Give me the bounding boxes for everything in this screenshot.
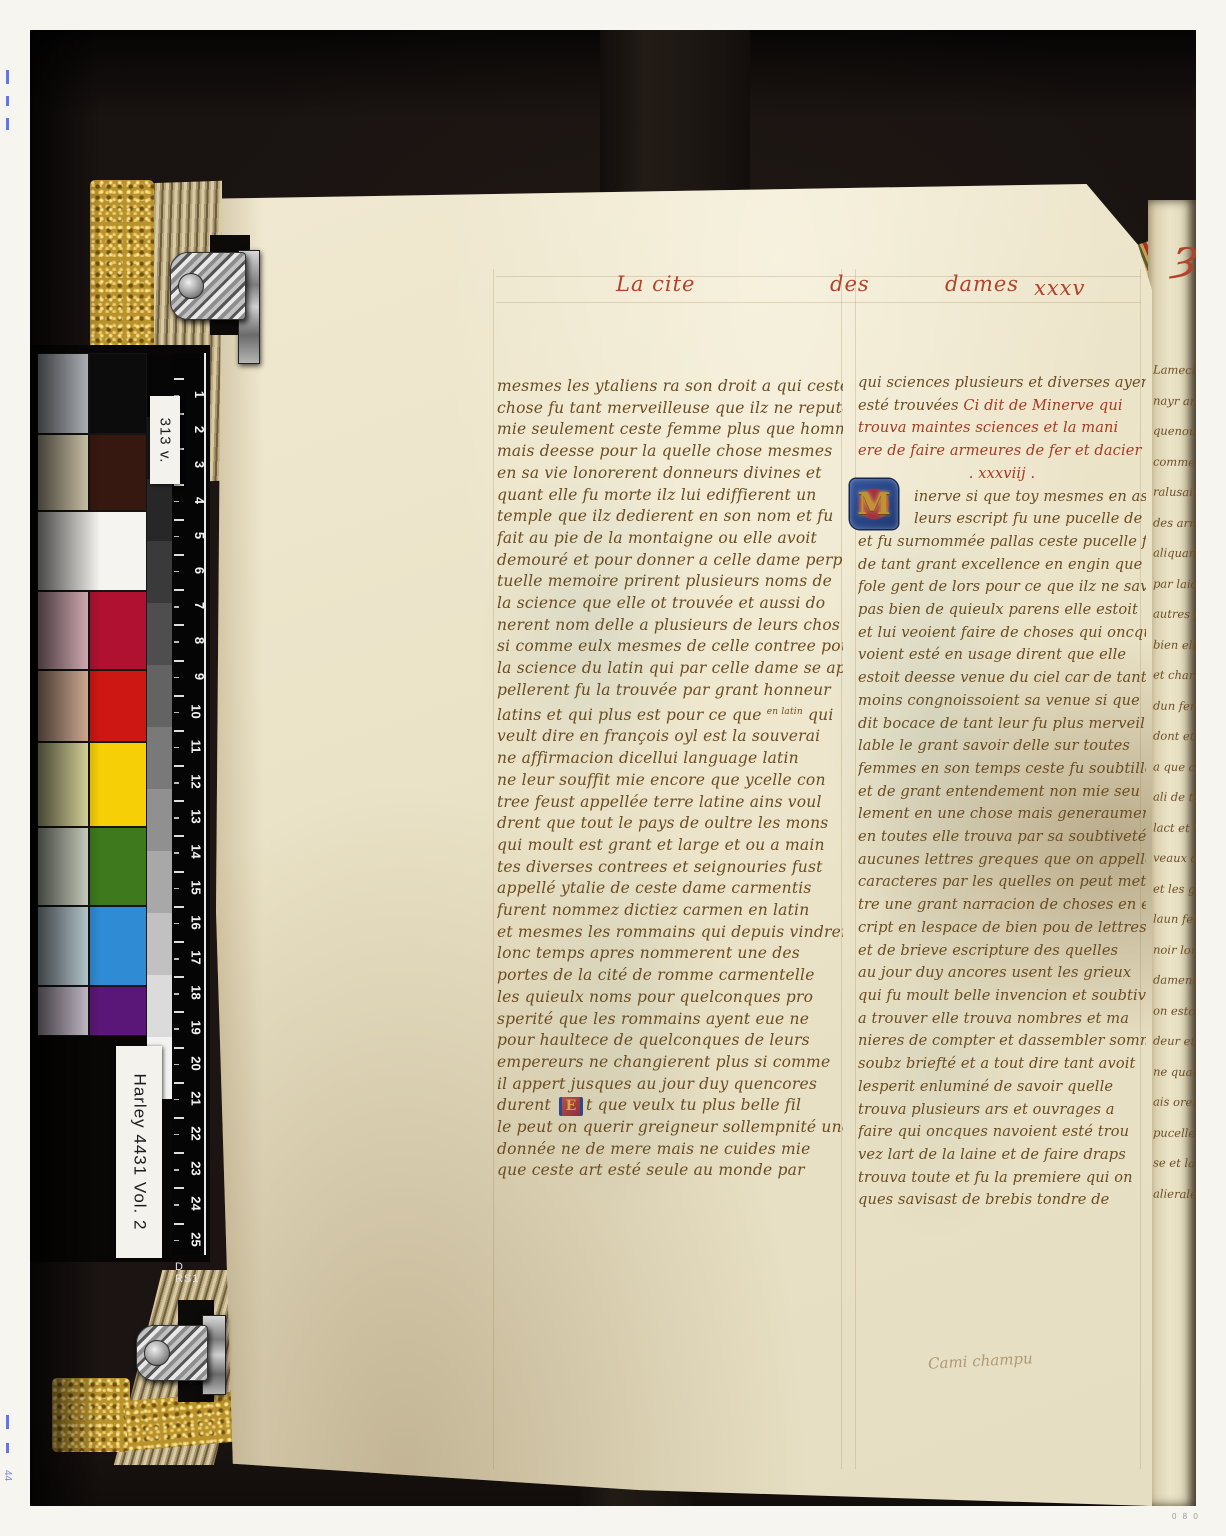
text-run: ne leur souffit mie encore que ycelle co… — [497, 771, 826, 789]
running-header-folio-number: xxxv — [1034, 276, 1085, 300]
page-clip-bottom — [136, 1325, 208, 1381]
manuscript-page: La cite des dames xxxv mesmes les ytalie… — [216, 184, 1152, 1506]
ruling-line — [496, 302, 1141, 303]
text-line: qui moult est grant et large et ou a mai… — [497, 835, 843, 857]
text-line: portes de la cité de romme carmentelle — [497, 965, 843, 987]
ruler-number-text: 25 — [188, 1232, 203, 1246]
color-patch-row — [37, 742, 147, 827]
text-run: trouva maintes sciences et la mani — [858, 419, 1118, 436]
text-line: dit bocace de tant leur fu plus merveil — [858, 713, 1146, 736]
text-line: caracteres par les quelles on peut met — [858, 871, 1146, 894]
ruler-number-text: 8 — [192, 637, 207, 644]
text-line: lonc temps apres nommerent une des — [497, 943, 843, 965]
frame-corner-marks: 0 8 0 — [1172, 1512, 1200, 1521]
text-line: fole gent de lors pour ce que ilz ne sav… — [858, 576, 1146, 599]
ruler-number-text: 13 — [188, 810, 203, 824]
text-line: vez lart de la laine et de faire draps — [858, 1144, 1146, 1167]
text-line: tes diverses contrees et seignouries fus… — [497, 857, 843, 879]
text-line: de tant grant excellence en engin que la — [858, 554, 1146, 577]
text-line: estoit deesse venue du ciel car de tant … — [858, 667, 1146, 690]
film-edge-mark — [6, 1415, 9, 1429]
text-line: appellé ytalie de ceste dame carmentis — [497, 878, 843, 900]
text-run: fait au pie de la montaigne ou elle avoi… — [497, 529, 817, 547]
ruler-number-text: 18 — [188, 985, 203, 999]
text-run: vez lart de la laine et de faire draps — [858, 1146, 1126, 1163]
color-patch — [89, 742, 147, 827]
text-run: en toutes elle trouva par sa soubtiveté — [858, 828, 1146, 845]
text-line: trouva maintes sciences et la mani — [858, 417, 1146, 440]
text-run: estoit deesse venue du ciel car de tant … — [858, 669, 1146, 686]
text-run: mais deesse pour la quelle chose mesmes — [497, 442, 832, 460]
text-run: la science que elle ot trouvée et aussi … — [497, 594, 825, 612]
color-patch-row — [37, 670, 147, 742]
facing-text-fragment: et charettes a p — [1153, 659, 1196, 691]
gray-step — [147, 789, 172, 851]
text-line: lesperit enluminé de savoir quelle — [858, 1076, 1146, 1099]
text-run: la science du latin qui par celle dame s… — [497, 659, 843, 677]
text-line: latins et qui plus est pour ce que en la… — [497, 702, 843, 727]
film-edge-mark — [6, 70, 9, 84]
text-line: aucunes lettres greques que on appelle — [858, 849, 1146, 872]
color-patch — [89, 591, 147, 670]
text-line: tre une grant narracion de choses en es — [858, 894, 1146, 917]
text-run: pas bien de quieulx parens elle estoit — [858, 601, 1138, 618]
ruler-number-text: 1 — [192, 391, 207, 398]
text-run: moins congnoissoient sa venue si que — [858, 692, 1140, 709]
text-run: demouré et pour donner a celle dame perp… — [497, 551, 843, 569]
text-run: lonc temps apres nommerent une des — [497, 944, 800, 962]
ruler-number: 25 — [172, 1224, 204, 1259]
text-line: et de grant entendement non mie seu — [858, 781, 1146, 804]
text-run: ere de faire armeures de fer et dacier — [858, 442, 1142, 459]
ruler-number: 19 — [172, 1012, 204, 1047]
text-line: trouva toute et fu la premiere qui on — [858, 1167, 1146, 1190]
text-line: lable le grant savoir delle sur toutes — [858, 735, 1146, 758]
text-run: faire qui oncques navoient esté trou — [858, 1123, 1129, 1140]
facing-text-fragment: lact et la mamere — [1153, 812, 1196, 844]
facing-text-fragment: ne quant — [1153, 1056, 1196, 1088]
ruler-number-text: 12 — [188, 774, 203, 788]
text-line: trouva plusieurs ars et ouvrages a — [858, 1099, 1146, 1122]
text-line: furent nommez dictiez carmen en latin — [497, 900, 843, 922]
color-patch — [89, 986, 147, 1036]
text-line: tree feust appellée terre latine ains vo… — [497, 792, 843, 814]
text-line: et lui veoient faire de choses qui oncqu… — [858, 622, 1146, 645]
text-line: la science que elle ot trouvée et aussi … — [497, 593, 843, 615]
text-run: pour haultece de quelconques de leurs — [497, 1031, 810, 1049]
ruler-number-text: 24 — [188, 1197, 203, 1211]
facing-text-fragment: et les gens da — [1153, 873, 1196, 905]
text-run: le peut on querir greigneur sollempnité … — [497, 1118, 843, 1136]
color-patch — [37, 986, 89, 1036]
ruling-line — [493, 269, 494, 1469]
text-line: durent Et que veulx tu plus belle fil — [497, 1095, 843, 1117]
color-patch — [37, 591, 89, 670]
text-run: leurs escript fu une pucelle de grece — [914, 510, 1146, 527]
text-run: dit bocace de tant leur fu plus merveil — [858, 715, 1145, 732]
film-edge-number: 44 — [2, 1470, 13, 1481]
running-header-left: La cite — [616, 272, 696, 296]
ruler-number: 12 — [172, 766, 204, 801]
text-line: en toutes elle trouva par sa soubtiveté — [858, 826, 1146, 849]
ruler-number: 6 — [172, 555, 204, 590]
text-column-left: mesmes les ytaliens ra son droit a qui c… — [497, 376, 843, 1182]
text-run: en sa vie lonorerent donneurs divines et — [497, 464, 822, 482]
text-run: ques savisast de brebis tondre de — [858, 1191, 1109, 1208]
facing-text-fragment: pucelle — [1153, 1117, 1196, 1149]
ruler-number: 9 — [172, 661, 204, 696]
text-run: et de grant entendement non mie seu — [858, 783, 1140, 800]
ruler-number: 15 — [172, 872, 204, 907]
text-line: ere de faire armeures de fer et dacier — [858, 440, 1146, 463]
folio-number-label: 313 v. — [150, 396, 180, 484]
text-run: a trouver elle trouva nombres et ma — [858, 1010, 1129, 1027]
text-line: moins congnoissoient sa venue si que — [858, 690, 1146, 713]
text-run: ne affirmacion dicellui language latin — [497, 749, 799, 767]
ruler-number: 5 — [172, 520, 204, 555]
text-run: lesperit enluminé de savoir quelle — [858, 1078, 1113, 1095]
facing-text-fragment: deur et o — [1153, 1025, 1196, 1057]
text-run: fole gent de lors pour ce que ilz ne sav… — [858, 578, 1146, 595]
ruler-number: 21 — [172, 1083, 204, 1118]
gray-step — [147, 851, 172, 913]
color-patch-row — [37, 434, 147, 511]
text-line: qui sciences plusieurs et diverses ayent — [858, 372, 1146, 395]
facing-text-fragment: aliquant Ite — [1153, 537, 1196, 569]
text-line: mie seulement ceste femme plus que homme — [497, 419, 843, 441]
ruler-number: 24 — [172, 1188, 204, 1223]
text-line: qui fu moult belle invencion et soubtive — [858, 985, 1146, 1008]
color-patch — [37, 742, 89, 827]
text-line: et mesmes les rommains qui depuis vindre… — [497, 922, 843, 944]
text-run: drent que tout le pays de oultre les mon… — [497, 814, 828, 832]
text-run: et lui veoient faire de choses qui oncqu… — [858, 624, 1146, 641]
color-patch-row — [37, 353, 147, 434]
text-run: tuelle memoire prirent plusieurs noms de — [497, 572, 832, 590]
text-line: inerve si que toy mesmes en as ail — [858, 486, 1146, 509]
page-clip-top — [170, 252, 246, 320]
text-run: qui — [803, 706, 834, 724]
text-column-right: qui sciences plusieurs et diverses ayent… — [858, 372, 1146, 1212]
gray-step — [147, 913, 172, 975]
text-line: mesmes les ytaliens ra son droit a qui c… — [497, 376, 843, 398]
ruler-number-text: 21 — [188, 1091, 203, 1105]
facing-text-fragment: ali de tele chos — [1153, 781, 1196, 813]
text-line: faire qui oncques navoient esté trou — [858, 1121, 1146, 1144]
ruler-number: 20 — [172, 1048, 204, 1083]
text-line: veult dire en françois oyl est la souver… — [497, 726, 843, 748]
photograph-frame: 44 0 8 0 Lamechampu penayr amobrquenoull… — [0, 0, 1226, 1536]
color-patch-row — [37, 906, 147, 986]
text-run: si comme eulx mesmes de celle contree po… — [497, 637, 843, 655]
ruler-number-text: 9 — [192, 672, 207, 679]
color-patch — [37, 906, 89, 986]
text-line: au jour duy ancores usent les grieux — [858, 962, 1146, 985]
text-line: pas bien de quieulx parens elle estoit — [858, 599, 1146, 622]
facing-text-fragment: alieralen — [1153, 1178, 1196, 1210]
photo-area: Lamechampu penayr amobrquenoulle pucomme… — [30, 30, 1196, 1506]
text-run: lable le grant savoir delle sur toutes — [858, 737, 1130, 754]
book-cradle-strap-top — [600, 30, 750, 210]
text-line: ne leur souffit mie encore que ycelle co… — [497, 770, 843, 792]
red-penwork-flourish: ȝ — [1170, 227, 1196, 284]
text-line: empereurs ne changierent plus si comme — [497, 1052, 843, 1074]
ruler-number-text: 23 — [188, 1161, 203, 1175]
text-line: nieres de compter et dassembler sommes — [858, 1030, 1146, 1053]
text-run: sperité que les rommains ayent eue ne — [497, 1010, 809, 1028]
text-run: nerent nom delle a plusieurs de leurs ch… — [497, 616, 840, 634]
text-run: caracteres par les quelles on peut met — [858, 873, 1146, 890]
text-line: en sa vie lonorerent donneurs divines et — [497, 463, 843, 485]
facing-text-fragment: ais oren — [1153, 1086, 1196, 1118]
text-run: voient esté en usage dirent que elle — [858, 646, 1126, 663]
color-patch-row — [37, 986, 147, 1036]
ruler-number: 18 — [172, 977, 204, 1012]
text-run: veult dire en françois oyl est la souver… — [497, 727, 820, 745]
ruler-number-text: 15 — [188, 880, 203, 894]
ruler-number: 23 — [172, 1153, 204, 1188]
color-patch-row — [37, 511, 147, 591]
ruler-number-text: 3 — [192, 461, 207, 468]
color-patch-row — [37, 591, 147, 670]
text-line: chose fu tant merveilleuse que ilz ne re… — [497, 398, 843, 420]
text-run: quant elle fu morte ilz lui ediffierent … — [497, 486, 816, 504]
ruler-number: 4 — [172, 485, 204, 520]
text-line: demouré et pour donner a celle dame perp… — [497, 550, 843, 572]
text-run: t que veulx tu plus belle fil — [586, 1096, 801, 1114]
gray-step — [147, 603, 172, 665]
text-run: Ci dit de Minerve qui — [963, 397, 1122, 414]
text-run: latins et qui plus est pour ce que — [497, 706, 767, 724]
text-line: et de brieve escripture des quelles — [858, 940, 1146, 963]
text-line: quant elle fu morte ilz lui ediffierent … — [497, 485, 843, 507]
text-line: que ceste art esté seule au monde par — [497, 1160, 843, 1182]
text-run: tre une grant narracion de choses en es — [858, 896, 1146, 913]
ruler-number-text: 19 — [188, 1021, 203, 1035]
text-line: il appert jusques au jour duy quencores — [497, 1074, 843, 1096]
text-line: sperité que les rommains ayent eue ne — [497, 1009, 843, 1031]
facing-text-fragment: dont et qui plus — [1153, 720, 1196, 752]
text-run: pellerent fu la trouvée par grant honneu… — [497, 681, 831, 699]
color-patch — [37, 353, 89, 434]
ruler-numbers: 1234567891011121314151617181920212223242… — [172, 379, 204, 1259]
text-line: fait au pie de la montaigne ou elle avoi… — [497, 528, 843, 550]
ruler-number-text: 6 — [192, 567, 207, 574]
text-run: qui fu moult belle invencion et soubtive — [858, 987, 1146, 1004]
text-line: ne affirmacion dicellui language latin — [497, 748, 843, 770]
text-line: pellerent fu la trouvée par grant honneu… — [497, 680, 843, 702]
facing-text-fragment: se et lapp — [1153, 1147, 1196, 1179]
facing-text-fragment: nayr amobr — [1153, 385, 1196, 417]
color-patch — [89, 906, 147, 986]
ruler-number: 16 — [172, 907, 204, 942]
shelfmark-label: Harley 4431 Vol. 2 — [116, 1046, 162, 1258]
text-line: . xxxviij . — [858, 463, 1146, 486]
text-run: femmes en son temps ceste fu soubtille — [858, 760, 1146, 777]
text-line: les quieulx noms pour quelconques pro — [497, 987, 843, 1009]
text-run: cript en lespace de bien pou de lettres — [858, 919, 1146, 936]
color-patch — [37, 827, 89, 906]
color-patch — [89, 434, 147, 511]
text-line: voient esté en usage dirent que elle — [858, 644, 1146, 667]
facing-text-fragment: dun fer en accro — [1153, 690, 1196, 722]
ruler-number-text: 4 — [192, 496, 207, 503]
text-run: mesmes les ytaliens ra son droit a qui c… — [497, 377, 843, 395]
text-line: nerent nom delle a plusieurs de leurs ch… — [497, 615, 843, 637]
clip-screw — [178, 273, 204, 299]
ruler-number: 13 — [172, 801, 204, 836]
ruler-number: 8 — [172, 625, 204, 660]
text-run: de tant grant excellence en engin que la — [858, 556, 1146, 573]
illuminated-initial-M: M — [850, 479, 898, 529]
text-run: en latin — [767, 707, 803, 717]
text-line: soubz briefté et a tout dire tant avoit — [858, 1053, 1146, 1076]
gray-step — [147, 541, 172, 603]
facing-text-fragment: comment il fer — [1153, 446, 1196, 478]
text-run: E — [559, 1097, 583, 1116]
ruler-number-text: 14 — [188, 845, 203, 859]
facing-text-fragment: autres fois pr — [1153, 598, 1196, 630]
color-patch — [89, 670, 147, 742]
ruler-number-text: 5 — [192, 532, 207, 539]
clip-screw — [144, 1340, 170, 1366]
film-edge-mark — [6, 96, 9, 106]
illuminated-initial-letter: M — [855, 485, 893, 523]
text-run: portes de la cité de romme carmentelle — [497, 966, 815, 984]
text-run: au jour duy ancores usent les grieux — [858, 964, 1131, 981]
text-run: durent — [497, 1096, 556, 1114]
color-patch — [37, 670, 89, 742]
text-line: si comme eulx mesmes de celle contree po… — [497, 636, 843, 658]
ruler-number-text: 10 — [188, 704, 203, 718]
text-line: le peut on querir greigneur sollempnité … — [497, 1117, 843, 1139]
facing-text-fragment: a que cest homme — [1153, 751, 1196, 783]
text-run: et mesmes les rommains qui depuis vindre… — [497, 923, 843, 941]
text-line: cript en lespace de bien pou de lettres — [858, 917, 1146, 940]
film-edge-mark — [6, 118, 9, 130]
color-patch — [89, 353, 147, 434]
text-line: pour haultece de quelconques de leurs — [497, 1030, 843, 1052]
text-run: empereurs ne changierent plus si comme — [497, 1053, 830, 1071]
gray-step — [147, 727, 172, 789]
text-run: . xxxviij . — [969, 465, 1035, 482]
facing-page-text: Lamechampu penayr amobrquenoulle pucomme… — [1153, 355, 1196, 1209]
ruler-number: 10 — [172, 696, 204, 731]
running-header-mid: des — [830, 272, 870, 296]
text-run: il appert jusques au jour duy quencores — [497, 1075, 817, 1093]
text-run: tree feust appellée terre latine ains vo… — [497, 793, 822, 811]
facing-text-fragment: Lamechampu pe — [1153, 354, 1196, 386]
text-run: inerve si que toy mesmes en as ail — [914, 488, 1146, 505]
color-patch-row — [37, 827, 147, 906]
color-patch — [89, 827, 147, 906]
color-calibration-patches — [37, 353, 147, 1036]
ruler-number-text: 20 — [188, 1056, 203, 1070]
gilded-page-edges-bottom — [52, 1378, 130, 1452]
text-line: drent que tout le pays de oultre les mon… — [497, 813, 843, 835]
text-run: donnée ne de mere mais ne cuides mie — [497, 1140, 810, 1158]
gray-step — [147, 479, 172, 541]
ruler-number-text: 16 — [188, 915, 203, 929]
ruler-footer-label: D RS1 — [172, 1261, 204, 1285]
ruler-number-text: 22 — [188, 1126, 203, 1140]
text-line: temple que ilz dedierent en son nom et f… — [497, 506, 843, 528]
ruler-strip: 1234567891011121314151617181920212223242… — [172, 353, 206, 1255]
text-run: chose fu tant merveilleuse que ilz ne re… — [497, 399, 843, 417]
text-run: mie seulement ceste femme plus que homme — [497, 420, 843, 438]
ruler-number: 17 — [172, 942, 204, 977]
text-run: et de brieve escripture des quelles — [858, 942, 1118, 959]
ruler-number-text: 2 — [192, 426, 207, 433]
ruler-number-text: 11 — [189, 740, 204, 754]
text-run: nieres de compter et dassembler sommes — [858, 1032, 1146, 1049]
text-line: lement en une chose mais generaument — [858, 803, 1146, 826]
facing-text-fragment: des armes et du — [1153, 507, 1196, 539]
facing-text-fragment: par laide des f — [1153, 568, 1196, 600]
ruler-number: 7 — [172, 590, 204, 625]
facing-text-fragment: bien elle avuca — [1153, 629, 1196, 661]
text-run: lement en une chose mais generaument — [858, 805, 1146, 822]
gray-step — [147, 665, 172, 727]
text-line: esté trouvées Ci dit de Minerve qui — [858, 395, 1146, 418]
text-run: trouva toute et fu la premiere qui on — [858, 1169, 1133, 1186]
text-run: aucunes lettres greques que on appelle — [858, 851, 1146, 868]
facing-text-fragment: on estoit — [1153, 995, 1196, 1027]
facing-text-fragment: quenoulle pu — [1153, 415, 1196, 447]
text-line: la science du latin qui par celle dame s… — [497, 658, 843, 680]
marginal-annotation: Cami champu — [928, 1349, 1034, 1372]
ruler-number-text: 17 — [188, 950, 203, 964]
text-run: temple que ilz dedierent en son nom et f… — [497, 507, 833, 525]
text-run: qui sciences plusieurs et diverses ayent — [858, 374, 1146, 391]
text-run: esté trouvées — [858, 397, 963, 414]
text-run: et fu surnommée pallas ceste pucelle fu — [858, 533, 1146, 550]
facing-text-fragment: dament — [1153, 964, 1196, 996]
text-line: tuelle memoire prirent plusieurs noms de — [497, 571, 843, 593]
ruler-number-text: 7 — [192, 602, 207, 609]
shelfmark-text: Harley 4431 Vol. 2 — [129, 1074, 149, 1231]
folio-number-text: 313 v. — [157, 417, 174, 463]
text-run: tes diverses contrees et seignouries fus… — [497, 858, 823, 876]
gray-step — [147, 975, 172, 1037]
text-line: femmes en son temps ceste fu soubtille — [858, 758, 1146, 781]
running-header-right: dames — [945, 272, 1019, 296]
facing-text-fragment: noir lon — [1153, 934, 1196, 966]
film-edge-mark — [6, 1443, 9, 1453]
facing-text-fragment: laun fet — [1153, 903, 1196, 935]
text-line: donnée ne de mere mais ne cuides mie — [497, 1139, 843, 1161]
text-run: appellé ytalie de ceste dame carmentis — [497, 879, 812, 897]
ruling-line — [855, 269, 856, 1469]
ruler-number: 11 — [172, 731, 204, 766]
color-patch — [37, 434, 89, 511]
facing-text-fragment: veaux de fer et d — [1153, 842, 1196, 874]
text-run: que ceste art esté seule au monde par — [497, 1161, 805, 1179]
text-run: qui moult est grant et large et ou a mai… — [497, 836, 825, 854]
text-run: furent nommez dictiez carmen en latin — [497, 901, 809, 919]
text-line: ques savisast de brebis tondre de — [858, 1189, 1146, 1212]
text-line: a trouver elle trouva nombres et ma — [858, 1008, 1146, 1031]
text-line: mais deesse pour la quelle chose mesmes — [497, 441, 843, 463]
text-line: et fu surnommée pallas ceste pucelle fu — [858, 531, 1146, 554]
text-line: leurs escript fu une pucelle de grece — [858, 508, 1146, 531]
facing-page-edge: Lamechampu penayr amobrquenoulle pucomme… — [1148, 200, 1196, 1506]
ruler-number: 14 — [172, 836, 204, 871]
text-run: soubz briefté et a tout dire tant avoit — [858, 1055, 1135, 1072]
color-patch — [37, 511, 147, 591]
ruler-number: 22 — [172, 1118, 204, 1153]
text-run: trouva plusieurs ars et ouvrages a — [858, 1101, 1115, 1118]
